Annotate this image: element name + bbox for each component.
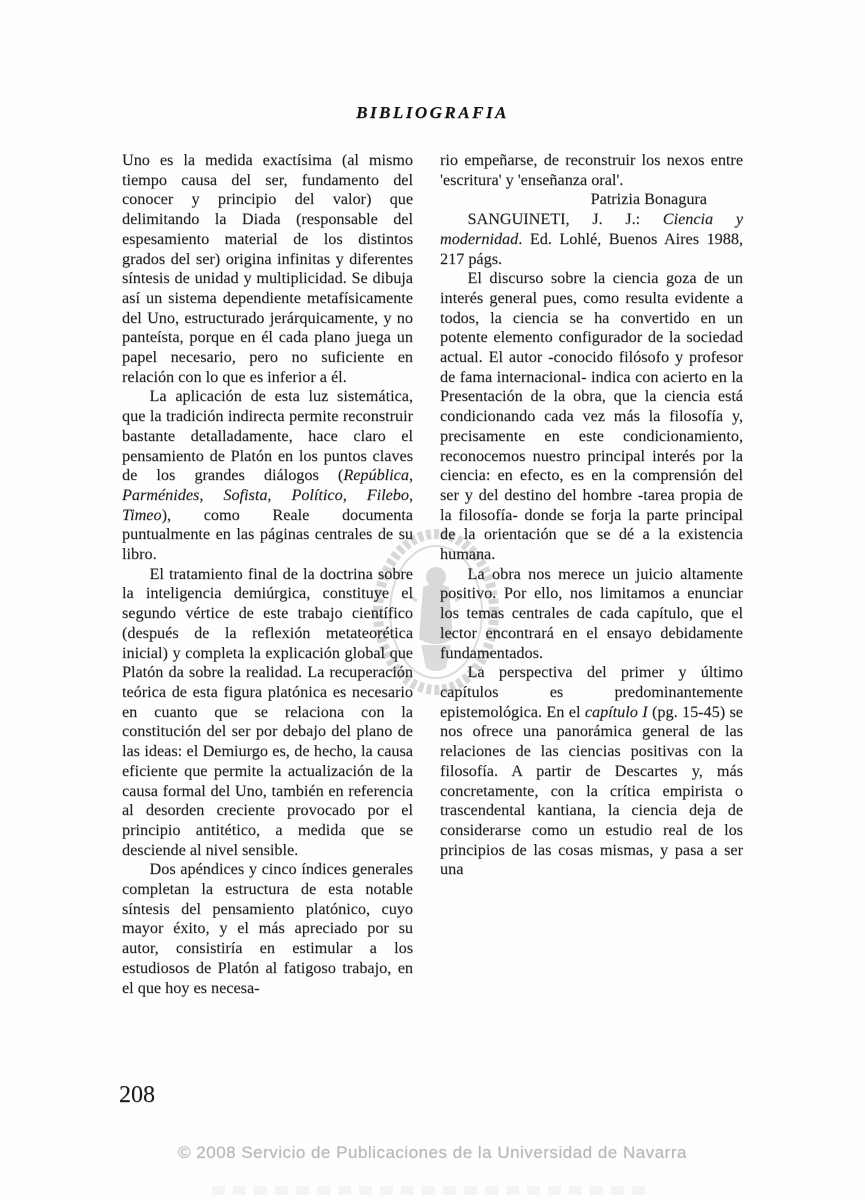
paragraph: La aplicación de esta luz sistemática, q…	[122, 387, 413, 564]
faint-cutoff-text-line	[212, 1186, 652, 1195]
paragraph: Uno es la medida exactísima (al mismo ti…	[122, 151, 413, 387]
paragraph: La perspectiva del primer y último capít…	[440, 663, 743, 880]
review-citation: SANGUINETI, J. J.: Ciencia y modernidad.…	[440, 210, 743, 269]
paragraph: La obra nos merece un juicio altamente p…	[440, 565, 743, 664]
page-header: BIBLIOGRAFIA	[0, 103, 865, 123]
paragraph: El tratamiento final de la doctrina sobr…	[122, 565, 413, 861]
continuation-paragraph: rio empeñarse, de reconstruir los nexos …	[440, 151, 743, 190]
right-column: rio empeñarse, de reconstruir los nexos …	[440, 151, 743, 880]
scanned-document-page: BIBLIOGRAFIA Uno es la medida exactísima…	[0, 0, 865, 1200]
author-signature: Patrizia Bonagura	[440, 190, 743, 210]
copyright-watermark: © 2008 Servicio de Publicaciones de la U…	[0, 1143, 865, 1163]
left-column: Uno es la medida exactísima (al mismo ti…	[122, 151, 413, 998]
paragraph: El discurso sobre la ciencia goza de un …	[440, 269, 743, 565]
page-number: 208	[119, 1082, 155, 1109]
paragraph: Dos apéndices y cinco índices generales …	[122, 860, 413, 998]
